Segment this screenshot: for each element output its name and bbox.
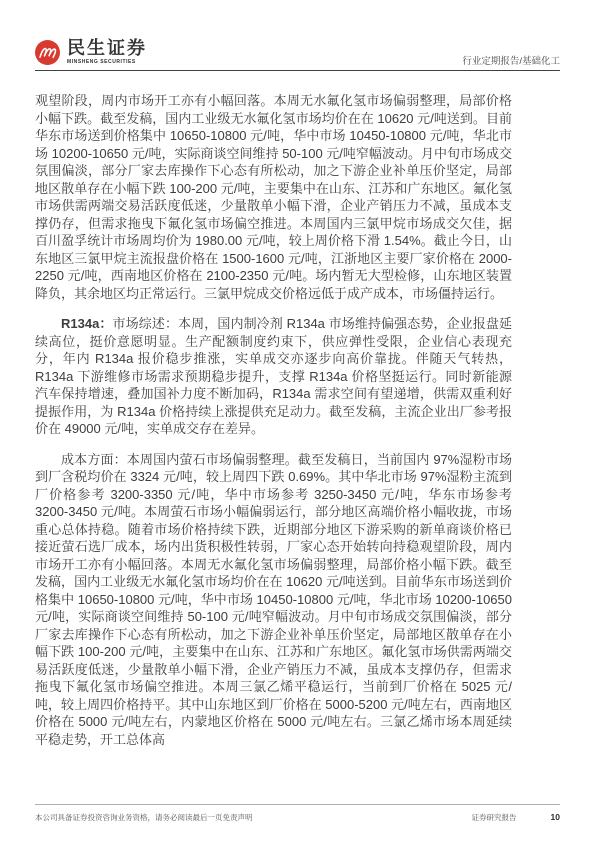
report-page: 民生证券 MINSHENG SECURITIES 行业定期报告/基础化工 观望阶… [0, 0, 596, 842]
brand-name-cn: 民生证券 [67, 39, 147, 57]
report-type-label: 行业定期报告/基础化工 [462, 53, 560, 70]
minsheng-brand: 民生证券 MINSHENG SECURITIES [35, 39, 147, 70]
report-body: 观望阶段，周内市场开工亦有小幅回落。本周无水氟化氢市场偏弱整理，局部价格小幅下跌… [35, 92, 512, 761]
paragraph-text: 观望阶段，周内市场开工亦有小幅回落。本周无水氟化氢市场偏弱整理，局部价格小幅下跌… [35, 93, 512, 301]
page-footer: 本公司具备证券投资咨询业务资格，请务必阅读最后一页免责声明 证券研究报告 10 [35, 804, 560, 823]
paragraph-cost: 成本方面：本周国内萤石市场偏弱整理。截至发稿日，当前国内 97%湿粉市场到厂含税… [35, 451, 512, 749]
footer-doc-type: 证券研究报告 [472, 812, 517, 823]
paragraph-market-continuation: 观望阶段，周内市场开工亦有小幅回落。本周无水氟化氢市场偏弱整理，局部价格小幅下跌… [35, 92, 512, 302]
minsheng-logo-icon [35, 40, 60, 65]
footer-disclaimer: 本公司具备证券投资咨询业务资格，请务必阅读最后一页免责声明 [35, 812, 472, 823]
page-number: 10 [551, 812, 560, 822]
paragraph-lead-r134a: R134a： [61, 316, 113, 331]
page-header: 民生证券 MINSHENG SECURITIES 行业定期报告/基础化工 [35, 26, 560, 71]
brand-wordmark: 民生证券 MINSHENG SECURITIES [67, 39, 147, 65]
brand-name-en: MINSHENG SECURITIES [67, 60, 147, 65]
paragraph-r134a: R134a：市场综述：本周，国内制冷剂 R134a 市场维持偏强态势，企业报盘延… [35, 315, 512, 438]
paragraph-text: 市场综述：本周，国内制冷剂 R134a 市场维持偏强态势，企业报盘延续高位，挺价… [35, 316, 512, 436]
paragraph-text: 成本方面：本周国内萤石市场偏弱整理。截至发稿日，当前国内 97%湿粉市场到厂含税… [35, 452, 512, 747]
